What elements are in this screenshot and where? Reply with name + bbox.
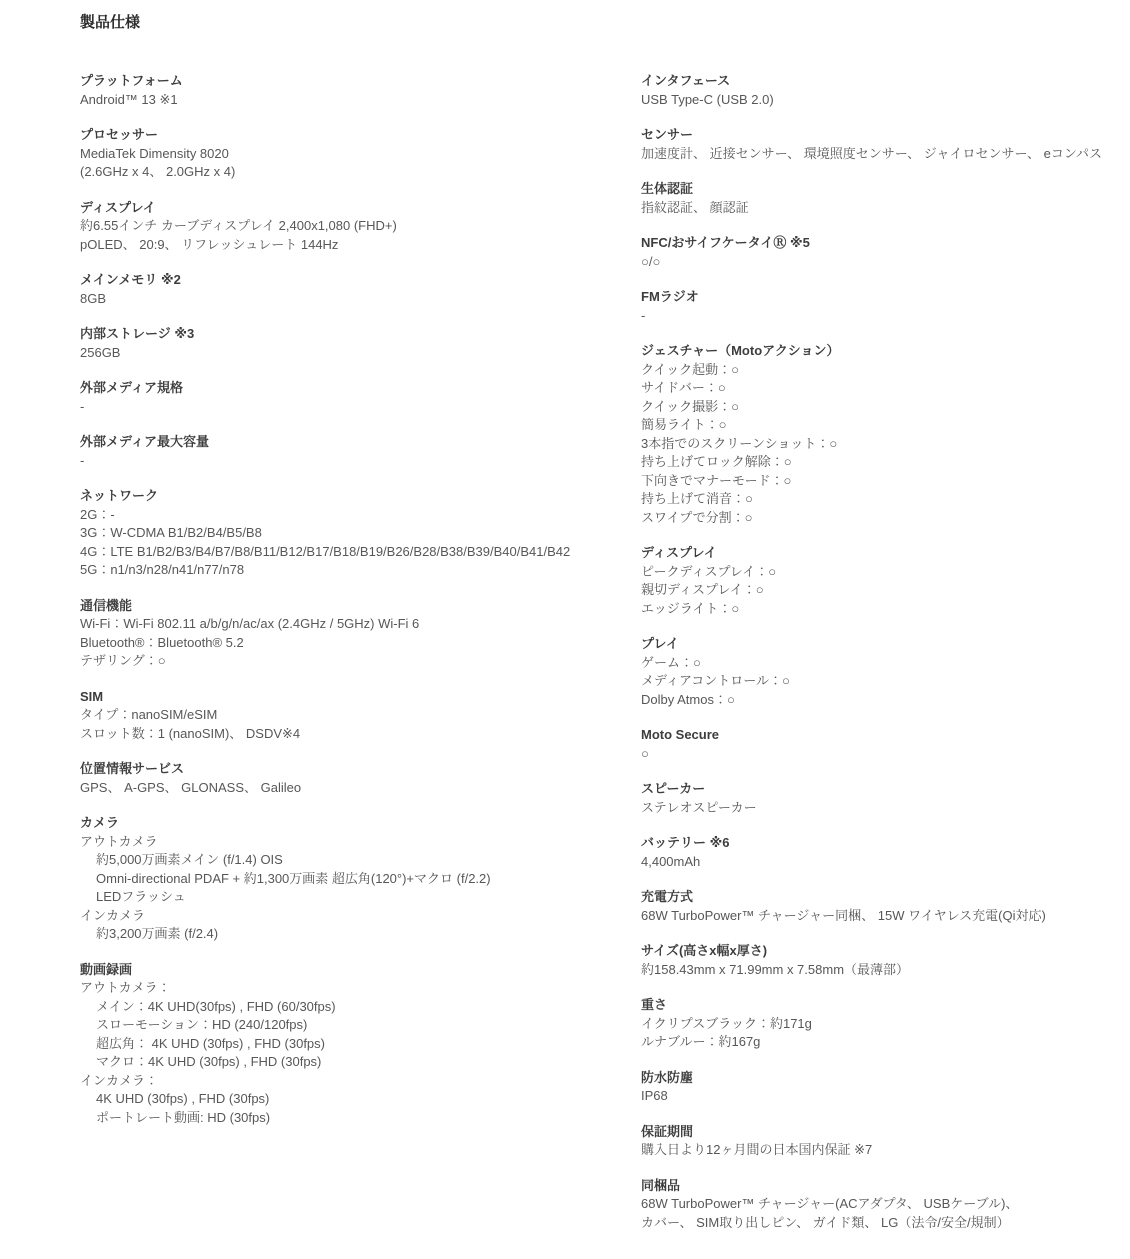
spec-value: タイプ：nanoSIM/eSIM xyxy=(80,706,641,725)
spec-value: クイック起動：○ xyxy=(641,361,1112,380)
spec-value: 約158.43mm x 71.99mm x 7.58mm（最薄部） xyxy=(641,961,1112,980)
spec-value: クイック撮影：○ xyxy=(641,398,1112,417)
spec-value: - xyxy=(80,452,641,471)
spec-section: サイズ(高さx幅x厚さ)約158.43mm x 71.99mm x 7.58mm… xyxy=(641,942,1112,979)
spec-heading: NFC/おサイフケータイⓇ ※5 xyxy=(641,234,1112,253)
spec-heading: SIM xyxy=(80,688,641,707)
spec-heading: バッテリー ※6 xyxy=(641,834,1112,853)
spec-section: メインメモリ ※28GB xyxy=(80,271,641,308)
page-title: 製品仕様 xyxy=(80,13,1112,33)
spec-section: 内部ストレージ ※3256GB xyxy=(80,325,641,362)
spec-section: プロセッサーMediaTek Dimensity 8020(2.6GHz x 4… xyxy=(80,126,641,182)
spec-section: 位置情報サービスGPS、 A-GPS、 GLONASS、 Galileo xyxy=(80,760,641,797)
spec-heading: 充電方式 xyxy=(641,888,1112,907)
spec-value: テザリング：○ xyxy=(80,652,641,671)
spec-value: 4G：LTE B1/B2/B3/B4/B7/B8/B11/B12/B17/B18… xyxy=(80,543,641,562)
spec-value: 加速度計、 近接センサー、 環境照度センサー、 ジャイロセンサー、 eコンパス xyxy=(641,145,1112,164)
spec-value: 超広角： 4K UHD (30fps) , FHD (30fps) xyxy=(80,1035,641,1054)
spec-value: 約3,200万画素 (f/2.4) xyxy=(80,925,641,944)
spec-value: 256GB xyxy=(80,344,641,363)
spec-value: スローモーション：HD (240/120fps) xyxy=(80,1016,641,1035)
spec-section: 外部メディア規格- xyxy=(80,379,641,416)
spec-section: ディスプレイ約6.55インチ カーブディスプレイ 2,400x1,080 (FH… xyxy=(80,199,641,255)
spec-heading: プロセッサー xyxy=(80,126,641,145)
spec-value: 5G：n1/n3/n28/n41/n77/n78 xyxy=(80,561,641,580)
spec-value: ○/○ xyxy=(641,253,1112,272)
spec-column-right: インタフェースUSB Type-C (USB 2.0)センサー加速度計、 近接セ… xyxy=(641,72,1112,1249)
spec-section: 動画録画アウトカメラ：メイン：4K UHD(30fps) , FHD (60/3… xyxy=(80,961,641,1128)
spec-section: プレイゲーム：○メディアコントロール：○Dolby Atmos：○ xyxy=(641,635,1112,709)
spec-heading: 同梱品 xyxy=(641,1177,1112,1196)
spec-value: - xyxy=(80,398,641,417)
spec-value: エッジライト：○ xyxy=(641,600,1112,619)
spec-section: FMラジオ- xyxy=(641,288,1112,325)
spec-value: スワイプで分割：○ xyxy=(641,509,1112,528)
spec-columns: プラットフォームAndroid™ 13 ※1プロセッサーMediaTek Dim… xyxy=(80,72,1112,1249)
spec-heading: ジェスチャー（Motoアクション） xyxy=(641,342,1112,361)
spec-value: インカメラ： xyxy=(80,1072,641,1091)
spec-value: ピークディスプレイ：○ xyxy=(641,563,1112,582)
spec-value: 下向きでマナーモード：○ xyxy=(641,472,1112,491)
spec-value: メイン：4K UHD(30fps) , FHD (60/30fps) xyxy=(80,998,641,1017)
spec-heading: ネットワーク xyxy=(80,487,641,506)
spec-value: MediaTek Dimensity 8020 xyxy=(80,145,641,164)
spec-value: ルナブルー：約167g xyxy=(641,1033,1112,1052)
spec-value: 持ち上げてロック解除：○ xyxy=(641,453,1112,472)
spec-value: 4,400mAh xyxy=(641,853,1112,872)
spec-value: インカメラ xyxy=(80,907,641,926)
spec-heading: 外部メディア規格 xyxy=(80,379,641,398)
spec-heading: 防水防塵 xyxy=(641,1069,1112,1088)
spec-heading: ディスプレイ xyxy=(641,544,1112,563)
spec-value: Dolby Atmos：○ xyxy=(641,691,1112,710)
spec-heading: メインメモリ ※2 xyxy=(80,271,641,290)
spec-heading: プラットフォーム xyxy=(80,72,641,91)
spec-value: Omni-directional PDAF + 約1,300万画素 超広角(12… xyxy=(80,870,641,889)
spec-value: アウトカメラ： xyxy=(80,979,641,998)
spec-value: メディアコントロール：○ xyxy=(641,672,1112,691)
spec-section: Moto Secure○ xyxy=(641,726,1112,763)
spec-section: インタフェースUSB Type-C (USB 2.0) xyxy=(641,72,1112,109)
spec-value: 約6.55インチ カーブディスプレイ 2,400x1,080 (FHD+) xyxy=(80,217,641,236)
spec-value: IP68 xyxy=(641,1087,1112,1106)
spec-value: pOLED、 20:9、 リフレッシュレート 144Hz xyxy=(80,236,641,255)
spec-heading: サイズ(高さx幅x厚さ) xyxy=(641,942,1112,961)
spec-value: アウトカメラ xyxy=(80,833,641,852)
spec-heading: 内部ストレージ ※3 xyxy=(80,325,641,344)
spec-value: 購入日より12ヶ月間の日本国内保証 ※7 xyxy=(641,1141,1112,1160)
spec-value: 68W TurboPower™ チャージャー同梱、 15W ワイヤレス充電(Qi… xyxy=(641,907,1112,926)
spec-heading: カメラ xyxy=(80,814,641,833)
spec-heading: 外部メディア最大容量 xyxy=(80,433,641,452)
spec-section: 通信機能Wi-Fi：Wi-Fi 802.11 a/b/g/n/ac/ax (2.… xyxy=(80,597,641,671)
spec-value: 親切ディスプレイ：○ xyxy=(641,581,1112,600)
spec-heading: プレイ xyxy=(641,635,1112,654)
spec-value: 3本指でのスクリーンショット：○ xyxy=(641,435,1112,454)
spec-section: 重さイクリプスブラック：約171gルナブルー：約167g xyxy=(641,996,1112,1052)
spec-heading: インタフェース xyxy=(641,72,1112,91)
spec-value: サイドバー：○ xyxy=(641,379,1112,398)
spec-heading: スピーカー xyxy=(641,780,1112,799)
spec-value: - xyxy=(641,307,1112,326)
spec-value: 指紋認証、 顔認証 xyxy=(641,199,1112,218)
spec-value: Android™ 13 ※1 xyxy=(80,91,641,110)
spec-section: スピーカーステレオスピーカー xyxy=(641,780,1112,817)
spec-section: 生体認証指紋認証、 顔認証 xyxy=(641,180,1112,217)
spec-value: 2G：- xyxy=(80,506,641,525)
spec-section: 防水防塵IP68 xyxy=(641,1069,1112,1106)
spec-value: Wi-Fi：Wi-Fi 802.11 a/b/g/n/ac/ax (2.4GHz… xyxy=(80,615,641,634)
spec-value: 簡易ライト：○ xyxy=(641,416,1112,435)
spec-value: GPS、 A-GPS、 GLONASS、 Galileo xyxy=(80,779,641,798)
spec-heading: 通信機能 xyxy=(80,597,641,616)
spec-value: 4K UHD (30fps) , FHD (30fps) xyxy=(80,1090,641,1109)
spec-value: 約5,000万画素メイン (f/1.4) OIS xyxy=(80,851,641,870)
spec-section: ジェスチャー（Motoアクション）クイック起動：○サイドバー：○クイック撮影：○… xyxy=(641,342,1112,527)
spec-section: センサー加速度計、 近接センサー、 環境照度センサー、 ジャイロセンサー、 eコ… xyxy=(641,126,1112,163)
spec-section: ディスプレイピークディスプレイ：○親切ディスプレイ：○エッジライト：○ xyxy=(641,544,1112,618)
spec-section: NFC/おサイフケータイⓇ ※5○/○ xyxy=(641,234,1112,271)
spec-section: SIMタイプ：nanoSIM/eSIMスロット数：1 (nanoSIM)、 DS… xyxy=(80,688,641,744)
spec-value: マクロ：4K UHD (30fps) , FHD (30fps) xyxy=(80,1053,641,1072)
spec-section: ネットワーク2G：-3G：W-CDMA B1/B2/B4/B5/B84G：LTE… xyxy=(80,487,641,580)
spec-value: イクリプスブラック：約171g xyxy=(641,1015,1112,1034)
spec-heading: 動画録画 xyxy=(80,961,641,980)
spec-section: バッテリー ※64,400mAh xyxy=(641,834,1112,871)
spec-value: LEDフラッシュ xyxy=(80,888,641,907)
spec-value: 3G：W-CDMA B1/B2/B4/B5/B8 xyxy=(80,524,641,543)
spec-section: カメラアウトカメラ約5,000万画素メイン (f/1.4) OISOmni-di… xyxy=(80,814,641,944)
spec-value: スロット数：1 (nanoSIM)、 DSDV※4 xyxy=(80,725,641,744)
spec-value: 68W TurboPower™ チャージャー(ACアダプタ、 USBケーブル)、 xyxy=(641,1195,1112,1214)
spec-value: ステレオスピーカー xyxy=(641,799,1112,818)
spec-value: 8GB xyxy=(80,290,641,309)
spec-heading: 重さ xyxy=(641,996,1112,1015)
spec-value: ポートレート動画: HD (30fps) xyxy=(80,1109,641,1128)
spec-heading: 生体認証 xyxy=(641,180,1112,199)
spec-section: 同梱品68W TurboPower™ チャージャー(ACアダプタ、 USBケーブ… xyxy=(641,1177,1112,1233)
spec-value: (2.6GHz x 4、 2.0GHz x 4) xyxy=(80,163,641,182)
spec-section: 充電方式68W TurboPower™ チャージャー同梱、 15W ワイヤレス充… xyxy=(641,888,1112,925)
spec-column-left: プラットフォームAndroid™ 13 ※1プロセッサーMediaTek Dim… xyxy=(80,72,641,1144)
spec-section: 保証期間購入日より12ヶ月間の日本国内保証 ※7 xyxy=(641,1123,1112,1160)
spec-value: Bluetooth®：Bluetooth® 5.2 xyxy=(80,634,641,653)
spec-value: カバー、 SIM取り出しピン、 ガイド類、 LG（法令/安全/規制） xyxy=(641,1214,1112,1233)
spec-heading: 保証期間 xyxy=(641,1123,1112,1142)
product-spec-page: 製品仕様 プラットフォームAndroid™ 13 ※1プロセッサーMediaTe… xyxy=(0,0,1130,1259)
spec-value: USB Type-C (USB 2.0) xyxy=(641,91,1112,110)
spec-value: 持ち上げて消音：○ xyxy=(641,490,1112,509)
spec-section: プラットフォームAndroid™ 13 ※1 xyxy=(80,72,641,109)
spec-section: 外部メディア最大容量- xyxy=(80,433,641,470)
spec-heading: FMラジオ xyxy=(641,288,1112,307)
spec-value: ゲーム：○ xyxy=(641,654,1112,673)
spec-heading: 位置情報サービス xyxy=(80,760,641,779)
spec-value: ○ xyxy=(641,745,1112,764)
spec-heading: ディスプレイ xyxy=(80,199,641,218)
spec-heading: センサー xyxy=(641,126,1112,145)
spec-heading: Moto Secure xyxy=(641,726,1112,745)
